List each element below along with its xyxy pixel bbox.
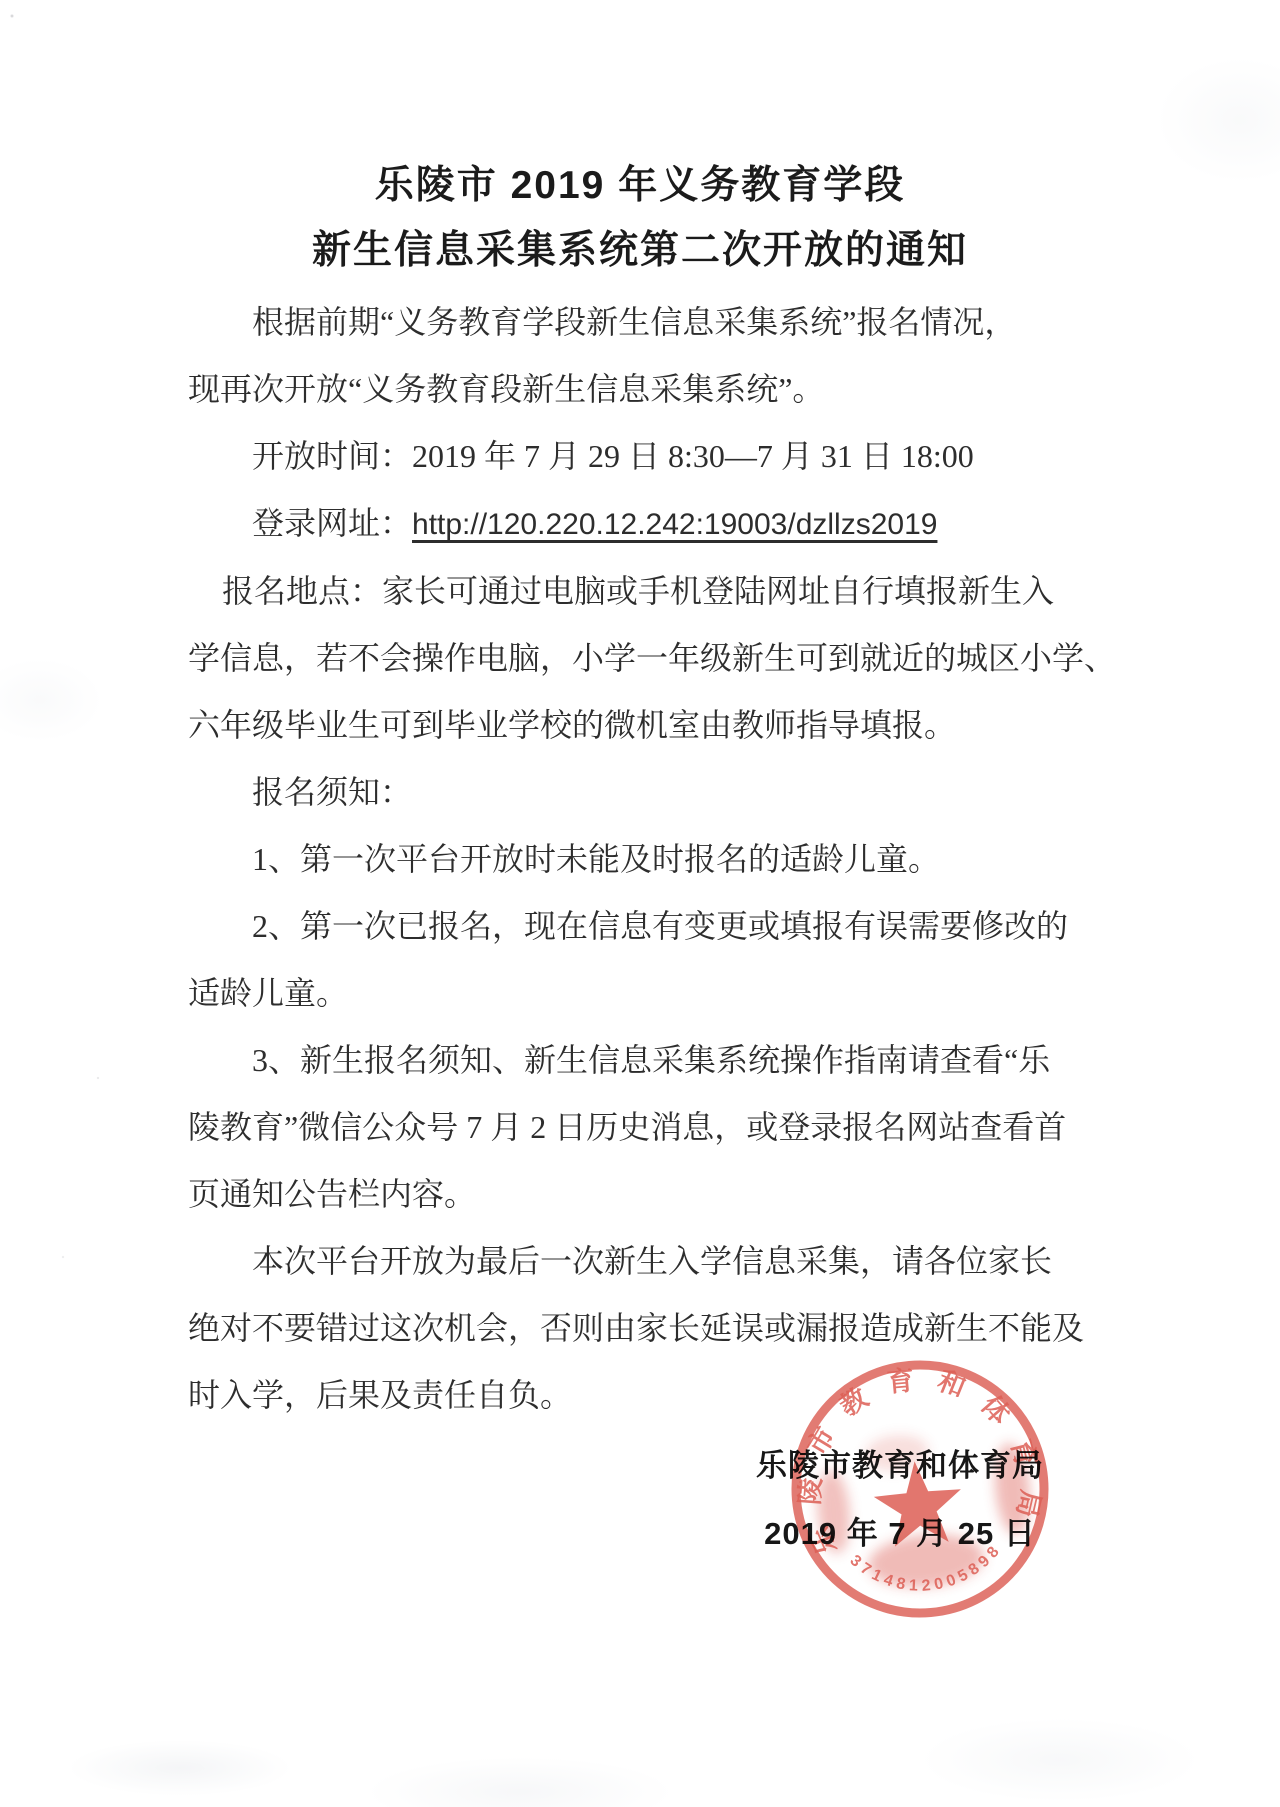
login-url-line: 登录网址：http://120.220.12.242:19003/dzllzs2…: [188, 490, 1108, 558]
notice-title-line-2: 新生信息采集系统第二次开放的通知: [0, 218, 1280, 283]
body-line: 本次平台开放为最后一次新生入学信息采集，请各位家长: [188, 1228, 1108, 1295]
stamp-ink-smudge: [863, 1432, 930, 1473]
body-line: 六年级毕业生可到毕业学校的微机室由教师指导填报。: [188, 692, 1108, 759]
body-line: 报名地点：家长可通过电脑或手机登陆网址自行填报新生入: [188, 558, 1108, 625]
login-url-label: 登录网址：: [252, 505, 412, 541]
stamp-graphics: 乐陵市教育和体育局 3714812005898: [783, 1354, 1057, 1624]
open-time-line: 开放时间：2019 年 7 月 29 日 8:30—7 月 31 日 18:00: [188, 423, 1108, 490]
notice-title: 乐陵市 2019 年义务教育学段 新生信息采集系统第二次开放的通知: [0, 153, 1280, 283]
star-icon: [871, 1458, 965, 1549]
body-line: 报名须知：: [188, 759, 1108, 826]
body-line: 陵教育”微信公众号 7 月 2 日历史消息，或登录报名网站查看首: [188, 1094, 1108, 1161]
body-line: 2、第一次已报名，现在信息有变更或填报有误需要修改的: [188, 893, 1108, 960]
body-line: 页通知公告栏内容。: [188, 1161, 1108, 1228]
body-line: 3、新生报名须知、新生信息采集系统操作指南请查看“乐: [188, 1027, 1108, 1094]
official-seal-stamp: 乐陵市教育和体育局 3714812005898: [772, 1341, 1069, 1638]
notice-title-line-1: 乐陵市 2019 年义务教育学段: [0, 153, 1280, 218]
body-line: 根据前期“义务教育学段新生信息采集系统”报名情况，: [188, 289, 1108, 356]
body-line: 现再次开放“义务教育段新生信息采集系统”。: [188, 356, 1108, 423]
login-url: http://120.220.12.242:19003/dzllzs2019: [412, 508, 937, 541]
document-page: 乐陵市 2019 年义务教育学段 新生信息采集系统第二次开放的通知 根据前期“义…: [0, 0, 1280, 1807]
body-line: 学信息，若不会操作电脑，小学一年级新生可到就近的城区小学、: [188, 625, 1108, 692]
body-line: 1、第一次平台开放时未能及时报名的适龄儿童。: [188, 826, 1108, 893]
body-line: 适龄儿童。: [188, 960, 1108, 1027]
notice-body: 根据前期“义务教育学段新生信息采集系统”报名情况， 现再次开放“义务教育段新生信…: [188, 289, 1108, 1429]
